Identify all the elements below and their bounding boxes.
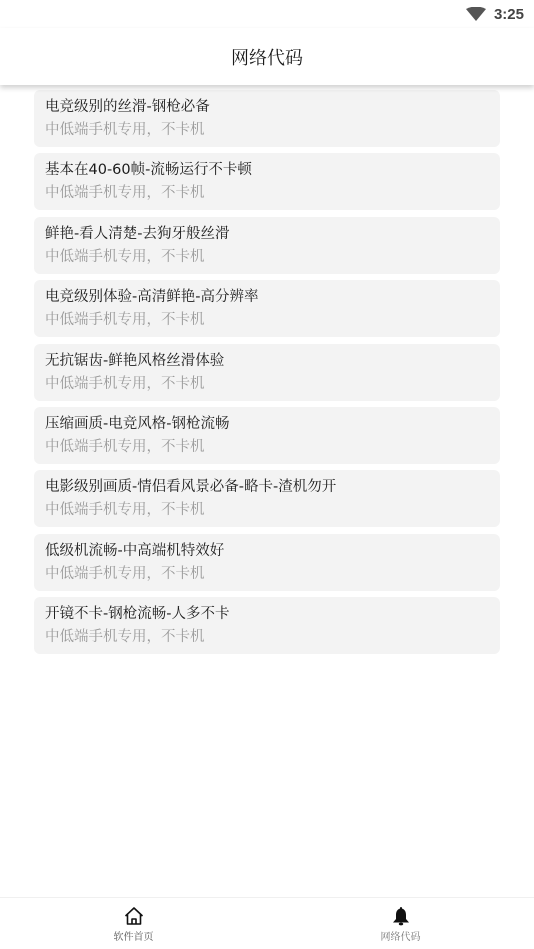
tab-home-label: 软件首页: [114, 928, 154, 943]
item-title: 电竞级别的丝滑-钢枪必备: [45, 96, 489, 118]
home-icon: [123, 905, 145, 927]
item-subtitle: 中低端手机专用，不卡机: [45, 498, 489, 522]
item-subtitle: 中低端手机专用，不卡机: [45, 372, 489, 396]
list-item[interactable]: 电影级别画质-情侣看风景必备-略卡-渣机勿开中低端手机专用，不卡机: [34, 470, 500, 527]
list-item[interactable]: 开镜不卡-钢枪流畅-人多不卡中低端手机专用，不卡机: [34, 597, 500, 654]
item-title: 鲜艳-看人清楚-去狗牙般丝滑: [45, 223, 489, 245]
list-item[interactable]: 基本在40-60帧-流畅运行不卡顿中低端手机专用，不卡机: [34, 153, 500, 210]
bell-icon: [390, 905, 412, 927]
item-title: 压缩画质-电竞风格-钢枪流畅: [45, 413, 489, 435]
item-subtitle: 中低端手机专用，不卡机: [45, 245, 489, 269]
item-subtitle: 中低端手机专用，不卡机: [45, 181, 489, 205]
item-title: 低级机流畅-中高端机特效好: [45, 540, 489, 562]
list-item[interactable]: 电竞级别体验-高清鲜艳-高分辨率中低端手机专用，不卡机: [34, 280, 500, 337]
item-subtitle: 中低端手机专用，不卡机: [45, 308, 489, 332]
item-title: 开镜不卡-钢枪流畅-人多不卡: [45, 603, 489, 625]
bottom-tab-bar: 软件首页 网络代码: [0, 897, 534, 949]
item-title: 基本在40-60帧-流畅运行不卡顿: [45, 159, 489, 181]
list-item[interactable]: 无抗锯齿-鲜艳风格丝滑体验中低端手机专用，不卡机: [34, 344, 500, 401]
list-item[interactable]: 电竞级别的丝滑-钢枪必备中低端手机专用，不卡机: [34, 90, 500, 147]
item-title: 无抗锯齿-鲜艳风格丝滑体验: [45, 350, 489, 372]
tab-network-code-label: 网络代码: [381, 928, 421, 943]
tab-home[interactable]: 软件首页: [0, 898, 267, 949]
status-time: 3:25: [494, 6, 524, 23]
wifi-icon: [466, 7, 486, 21]
item-subtitle: 中低端手机专用，不卡机: [45, 625, 489, 649]
app-header: 网络代码: [0, 28, 534, 85]
list-item[interactable]: 低级机流畅-中高端机特效好中低端手机专用，不卡机: [34, 534, 500, 591]
item-subtitle: 中低端手机专用，不卡机: [45, 118, 489, 142]
code-list: 电竞级别的丝滑-钢枪必备中低端手机专用，不卡机 基本在40-60帧-流畅运行不卡…: [34, 90, 500, 661]
tab-network-code[interactable]: 网络代码: [267, 898, 534, 949]
list-item[interactable]: 压缩画质-电竞风格-钢枪流畅中低端手机专用，不卡机: [34, 407, 500, 464]
list-item[interactable]: 鲜艳-看人清楚-去狗牙般丝滑中低端手机专用，不卡机: [34, 217, 500, 274]
item-subtitle: 中低端手机专用，不卡机: [45, 435, 489, 459]
item-subtitle: 中低端手机专用，不卡机: [45, 562, 489, 586]
page-title: 网络代码: [231, 44, 303, 70]
item-title: 电竞级别体验-高清鲜艳-高分辨率: [45, 286, 489, 308]
status-bar: 3:25: [0, 0, 534, 28]
item-title: 电影级别画质-情侣看风景必备-略卡-渣机勿开: [45, 476, 489, 498]
